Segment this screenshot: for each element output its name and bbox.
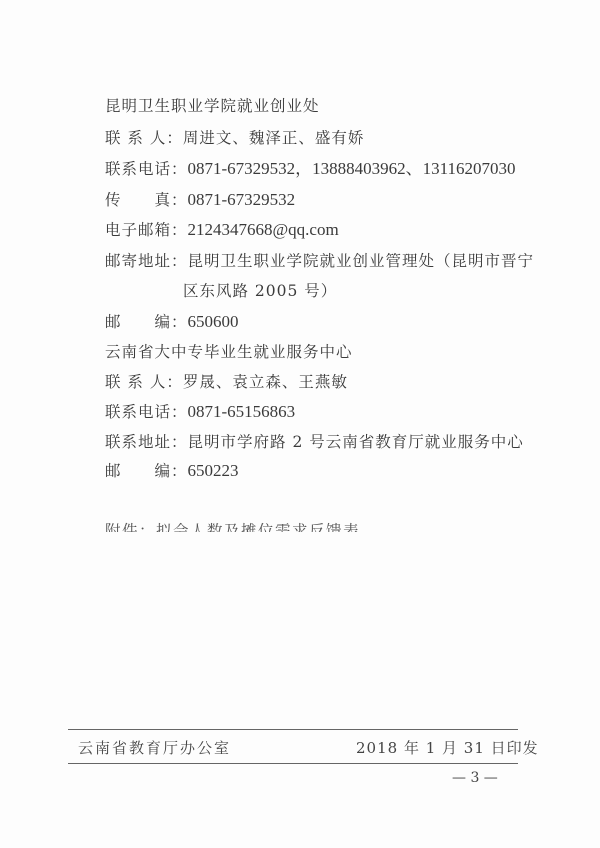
org2-phone-value: 0871-65156863	[188, 402, 296, 421]
org1-email-row: 电子邮箱：2124347668@qq.com	[105, 220, 339, 240]
org2-contacts-value: 罗晟、袁立森、王燕敏	[183, 373, 348, 391]
org2-address-row: 联系地址：昆明市学府路 2 号云南省教育厅就业服务中心	[105, 432, 524, 452]
org1-address-line2: 区东风路 2005 号）	[183, 281, 337, 301]
org2-postcode-row: 邮 编：650223	[105, 461, 239, 481]
org1-fax-row: 传 真：0871-67329532	[105, 190, 295, 210]
org1-phone-value: 0871-67329532，13888403962、13116207030	[188, 159, 516, 178]
org2-address-value: 昆明市学府路 2 号云南省教育厅就业服务中心	[188, 433, 524, 451]
org1-email-label: 电子邮箱：	[105, 221, 188, 239]
org1-email-value: 2124347668@qq.com	[188, 220, 339, 239]
org2-contacts-row: 联 系 人：罗晟、袁立森、王燕敏	[105, 372, 348, 392]
org1-postcode-row: 邮 编：650600	[105, 312, 239, 332]
org1-phone-label: 联系电话：	[105, 160, 188, 178]
org1-contacts-value: 周进文、魏泽正、盛有娇	[183, 129, 365, 147]
org1-address-label: 邮寄地址：	[105, 252, 188, 270]
footer-issuer: 云南省教育厅办公室	[78, 737, 231, 758]
footer-top-rule	[68, 729, 518, 730]
page-number: — 3 —	[452, 770, 498, 786]
org1-address-row: 邮寄地址：昆明卫生职业学院就业创业管理处（昆明市晋宁	[105, 251, 534, 271]
org2-name: 云南省大中专毕业生就业服务中心	[105, 342, 353, 362]
org1-postcode-value: 650600	[188, 312, 239, 331]
org2-phone-row: 联系电话：0871-65156863	[105, 402, 295, 422]
org2-postcode-value: 650223	[188, 461, 239, 480]
org1-fax-label: 传 真：	[105, 191, 188, 209]
org1-phone-row: 联系电话：0871-67329532，13888403962、131162070…	[105, 159, 516, 179]
org1-contacts-row: 联 系 人：周进文、魏泽正、盛有娇	[105, 128, 364, 148]
org1-contacts-label: 联 系 人：	[105, 129, 183, 147]
org1-fax-value: 0871-67329532	[188, 190, 296, 209]
footer-date: 2018 年 1 月 31 日印发	[356, 737, 539, 758]
org2-address-label: 联系地址：	[105, 433, 188, 451]
org1-postcode-label: 邮 编：	[105, 313, 188, 331]
attachment-line-clipped: 附件：拟会人数及摊位需求反馈表	[105, 521, 360, 532]
org2-phone-label: 联系电话：	[105, 403, 188, 421]
org2-postcode-label: 邮 编：	[105, 462, 188, 480]
footer-bottom-rule	[68, 763, 518, 764]
org1-address-line1: 昆明卫生职业学院就业创业管理处（昆明市晋宁	[188, 252, 535, 270]
org1-name: 昆明卫生职业学院就业创业处	[105, 96, 320, 116]
org2-contacts-label: 联 系 人：	[105, 373, 183, 391]
